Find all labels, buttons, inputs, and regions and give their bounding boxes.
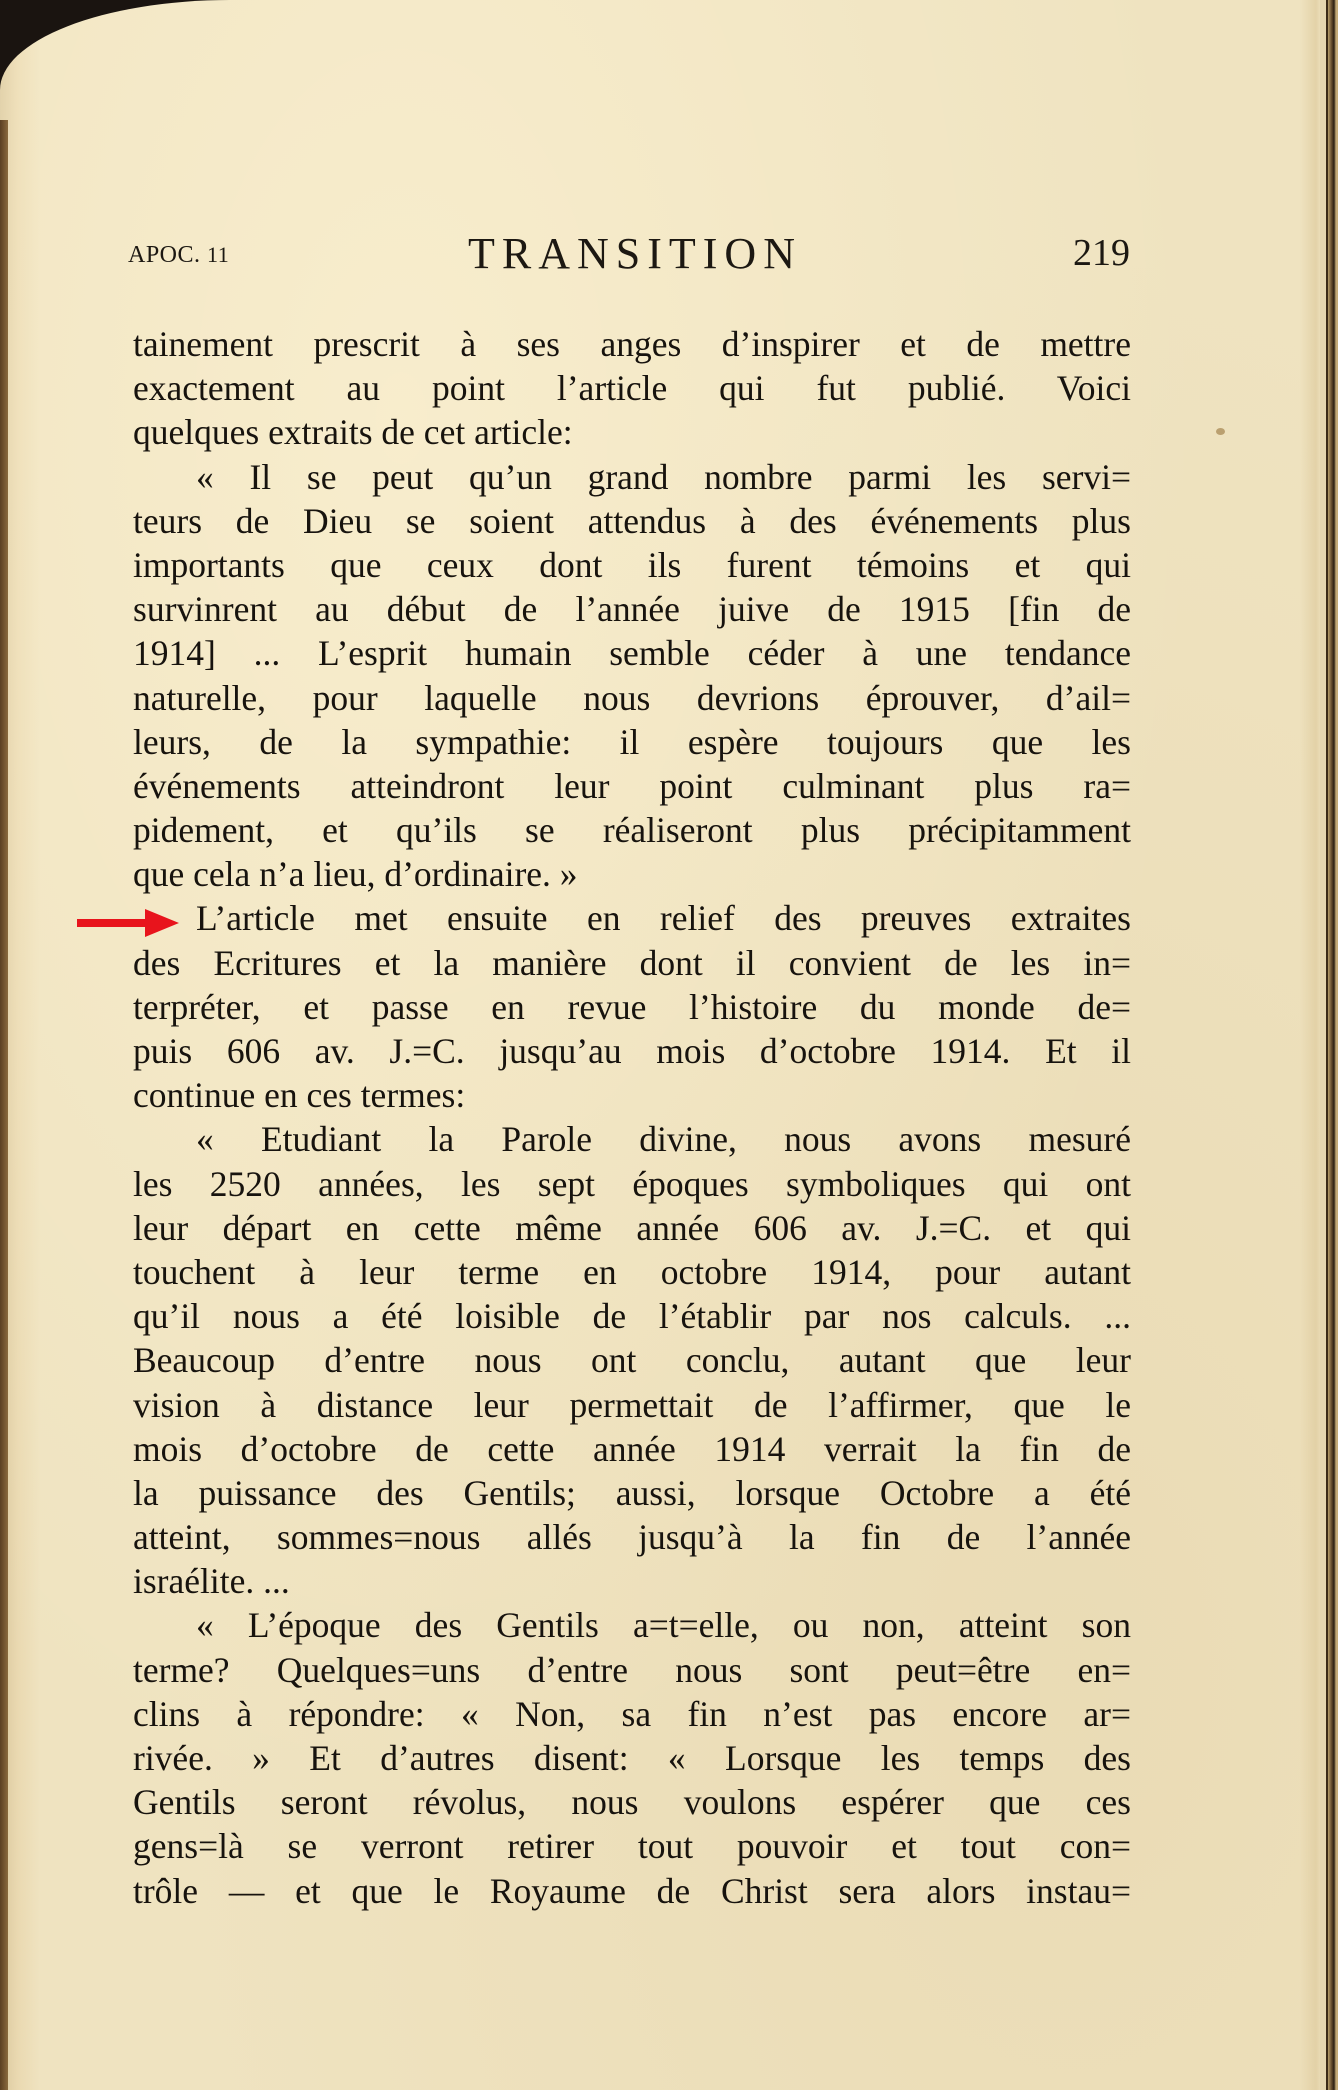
text-line: clins à répondre: « Non, sa fin n’est pa…: [133, 1692, 1131, 1736]
text-line: la puissance des Gentils; aussi, lorsque…: [133, 1471, 1131, 1515]
page-right-edge: [1320, 0, 1338, 2090]
text-line: les 2520 années, les sept époques symbol…: [133, 1162, 1131, 1206]
text-line: gens=là se verront retirer tout pouvoir …: [133, 1824, 1131, 1868]
highlighted-paragraph-start: L’article met ensuite en relief des preu…: [133, 896, 1131, 940]
text-line: « Il se peut qu’un grand nombre parmi le…: [133, 455, 1131, 499]
text-line: Beaucoup d’entre nous ont conclu, autant…: [133, 1338, 1131, 1382]
text-line: trôle — et que le Royaume de Christ sera…: [133, 1869, 1131, 1913]
paper-spot: [1216, 428, 1225, 435]
text-line: mois d’octobre de cette année 1914 verra…: [133, 1427, 1131, 1471]
text-line: teurs de Dieu se soient attendus à des é…: [133, 499, 1131, 543]
text-line: touchent à leur terme en octobre 1914, p…: [133, 1250, 1131, 1294]
text-line: événements atteindront leur point culmin…: [133, 764, 1131, 808]
page-title: TRANSITION: [128, 228, 1128, 279]
text-line: continue en ces termes:: [133, 1073, 1131, 1117]
text-line: israélite. ...: [133, 1559, 1131, 1603]
text-line: Gentils seront révolus, nous voulons esp…: [133, 1780, 1131, 1824]
text-line: « L’époque des Gentils a=t=elle, ou non,…: [133, 1603, 1131, 1647]
text-line: qu’il nous a été loisible de l’établir p…: [133, 1294, 1131, 1338]
text-line: des Ecritures et la manière dont il conv…: [133, 941, 1131, 985]
text-line: que cela n’a lieu, d’ordinaire. »: [133, 852, 1131, 896]
book-page: APOC. 11 TRANSITION 219 tainement prescr…: [0, 0, 1338, 2090]
text-line: vision à distance leur permettait de l’a…: [133, 1383, 1131, 1427]
text-line: pidement, et qu’ils se réaliseront plus …: [133, 808, 1131, 852]
page-left-edge: [0, 120, 8, 2090]
page-header: APOC. 11 TRANSITION 219: [128, 228, 1128, 288]
body-text: tainement prescrit à ses anges d’inspire…: [133, 322, 1131, 1913]
text-line: atteint, sommes=nous allés jusqu’à la fi…: [133, 1515, 1131, 1559]
text-line: importants que ceux dont ils furent témo…: [133, 543, 1131, 587]
text-line: « Etudiant la Parole divine, nous avons …: [133, 1117, 1131, 1161]
text-line: survinrent au début de l’année juive de …: [133, 587, 1131, 631]
text-line: quelques extraits de cet article:: [133, 410, 1131, 454]
text-line: rivée. » Et d’autres disent: « Lorsque l…: [133, 1736, 1131, 1780]
text-line: 1914] ... L’esprit humain semble céder à…: [133, 631, 1131, 675]
text-line: leur départ en cette même année 606 av. …: [133, 1206, 1131, 1250]
text-line: exactement au point l’article qui fut pu…: [133, 366, 1131, 410]
text-line: puis 606 av. J.=C. jusqu’au mois d’octob…: [133, 1029, 1131, 1073]
page-number: 219: [1073, 231, 1130, 275]
text-line: naturelle, pour laquelle nous devrions é…: [133, 676, 1131, 720]
text-line: leurs, de la sympathie: il espère toujou…: [133, 720, 1131, 764]
text-line: tainement prescrit à ses anges d’inspire…: [133, 322, 1131, 366]
text-line: terme? Quelques=uns d’entre nous sont pe…: [133, 1648, 1131, 1692]
text-line: terpréter, et passe en revue l’histoire …: [133, 985, 1131, 1029]
